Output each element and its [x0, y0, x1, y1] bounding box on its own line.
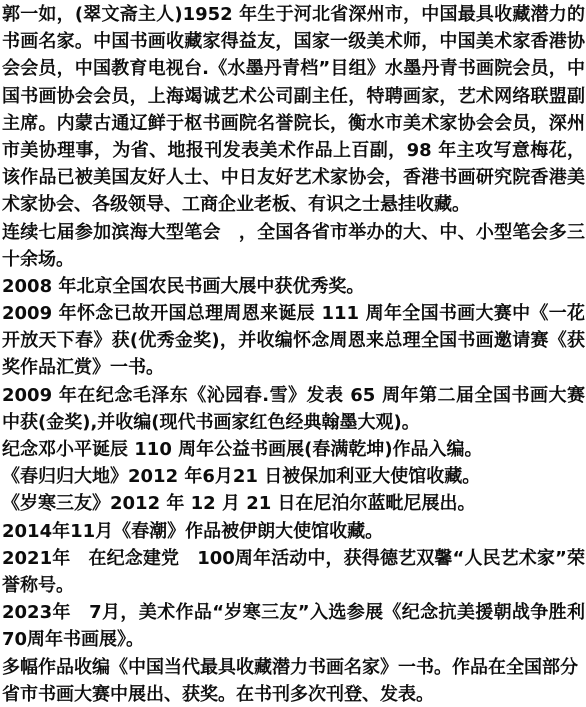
paragraph-2012-nepal-exhibition: 《岁寒三友》2012 年 12 月 21 日在尼泊尔蓝毗尼展出。	[2, 490, 585, 517]
paragraph-2021-honor-title: 2021年 在纪念建党 100周年活动中，获得德艺双馨“人民艺术家”荣誉称号。	[2, 545, 585, 599]
paragraph-pen-meetings: 连续七届参加滨海大型笔会 ，全国各省市举办的大、中、小型笔会多三十余场。	[2, 219, 585, 273]
document-body: 郭一如，(翠文斋主人)1952 年生于河北省深州市，中国最具收藏潜力的书画名家。…	[0, 0, 586, 707]
paragraph-2012-bulgaria-collection: 《春归归大地》2012 年6月21 日被保加利亚大使馆收藏。	[2, 463, 585, 490]
paragraph-2008-award: 2008 年北京全国农民书画大展中获优秀奖。	[2, 273, 585, 300]
paragraph-2009-zhouenlai-award: 2009 年怀念已故开国总理周恩来诞辰 111 周年全国书画大赛中《一花开放天下…	[2, 300, 585, 382]
paragraph-artist-bio: 郭一如，(翠文斋主人)1952 年生于河北省深州市，中国最具收藏潜力的书画名家。…	[2, 1, 585, 219]
paragraph-2023-exhibition: 2023年 7月，美术作品“岁寒三友”入选参展《纪念抗美援朝战争胜利70周年书画…	[2, 599, 585, 653]
paragraph-dengxiaoping-exhibition: 纪念邓小平诞辰 110 周年公益书画展(春满乾坤)作品入编。	[2, 436, 585, 463]
paragraph-collections-publications: 多幅作品收编《中国当代最具收藏潜力书画名家》一书。作品在全国部分省市书画大赛中展…	[2, 654, 585, 707]
paragraph-2009-maozedong-award: 2009 年在纪念毛泽东《沁园春.雪》发表 65 周年第二届全国书画大赛中获(金…	[2, 382, 585, 436]
paragraph-2014-iran-collection: 2014年11月《春潮》作品被伊朗大使馆收藏。	[2, 518, 585, 545]
